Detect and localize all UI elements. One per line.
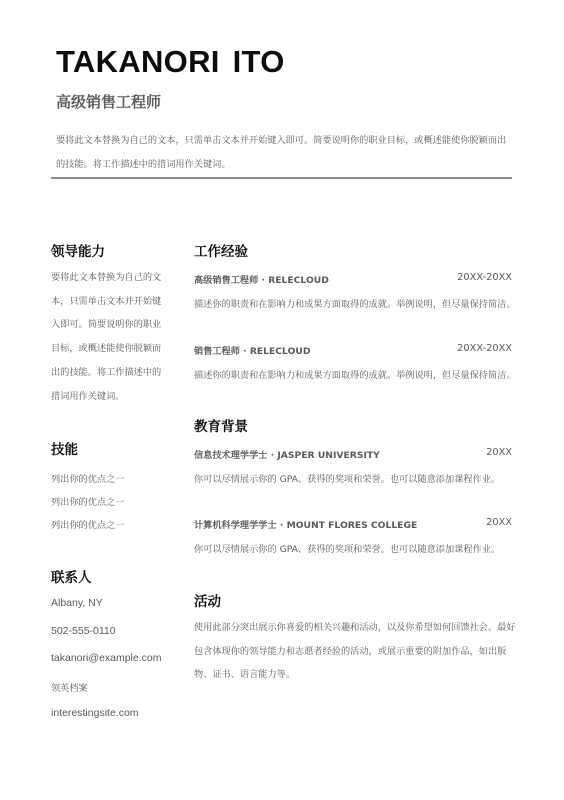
- experience-role: 销售工程师 · RELECLOUD: [194, 343, 310, 357]
- header-divider: [51, 177, 512, 179]
- experience-entry-header: 销售工程师 · RELECLOUD 20XX-20XX: [194, 343, 512, 357]
- summary-text: 要将此文本替换为自己的文本，只需单击文本并开始键入即可。简要说明你的职业目标，或…: [56, 129, 512, 177]
- activities-heading: 活动: [194, 590, 221, 610]
- contact-linkedin[interactable]: 领英档案: [51, 680, 88, 694]
- contact-email[interactable]: takanori@example.com: [51, 652, 161, 664]
- experience-description: 描述你的职责和在影响力和成果方面取得的成就。举例说明，但尽量保持简洁。: [194, 367, 524, 381]
- resume-name: TAKANORI ITO: [56, 44, 285, 80]
- experience-role: 高级销售工程师 · RELECLOUD: [194, 272, 329, 286]
- education-entry-header: 信息技术理学学士 · JASPER UNIVERSITY 20XX: [194, 447, 512, 461]
- skill-item: 列出你的优点之一: [51, 517, 125, 531]
- education-description: 你可以尽情展示你的 GPA、获得的奖项和荣誉。也可以随意添加课程作业。: [194, 541, 524, 555]
- experience-entry-header: 高级销售工程师 · RELECLOUD 20XX-20XX: [194, 272, 512, 286]
- leadership-heading: 领导能力: [51, 240, 105, 260]
- experience-date: 20XX-20XX: [457, 272, 512, 286]
- experience-heading: 工作经验: [194, 240, 248, 260]
- experience-date: 20XX-20XX: [457, 343, 512, 357]
- education-heading: 教育背景: [194, 415, 248, 435]
- skills-heading: 技能: [51, 438, 78, 458]
- contact-phone: 502-555-0110: [51, 625, 116, 637]
- contact-heading: 联系人: [51, 566, 92, 586]
- leadership-text: 要将此文本替换为自己的文本，只需单击文本并开始键入即可。简要说明你的职业目标，或…: [51, 266, 169, 408]
- education-entry-header: 计算机科学理学学士 · MOUNT FLORES COLLEGE 20XX: [194, 517, 512, 531]
- contact-location: Albany, NY: [51, 597, 103, 609]
- job-title: 高级销售工程师: [56, 91, 161, 112]
- education-degree: 计算机科学理学学士 · MOUNT FLORES COLLEGE: [194, 517, 417, 531]
- experience-description: 描述你的职责和在影响力和成果方面取得的成就。举例说明，但尽量保持简洁。: [194, 296, 524, 310]
- education-date: 20XX: [486, 447, 512, 461]
- contact-website[interactable]: interestingsite.com: [51, 707, 139, 719]
- skill-item: 列出你的优点之一: [51, 471, 125, 485]
- education-degree: 信息技术理学学士 · JASPER UNIVERSITY: [194, 447, 380, 461]
- activities-text: 使用此部分突出展示你喜爱的相关兴趣和活动，以及你希望如何回馈社会。最好包含体现你…: [194, 616, 524, 687]
- education-description: 你可以尽情展示你的 GPA、获得的奖项和荣誉。也可以随意添加课程作业。: [194, 471, 524, 485]
- education-date: 20XX: [486, 517, 512, 531]
- skill-item: 列出你的优点之一: [51, 494, 125, 508]
